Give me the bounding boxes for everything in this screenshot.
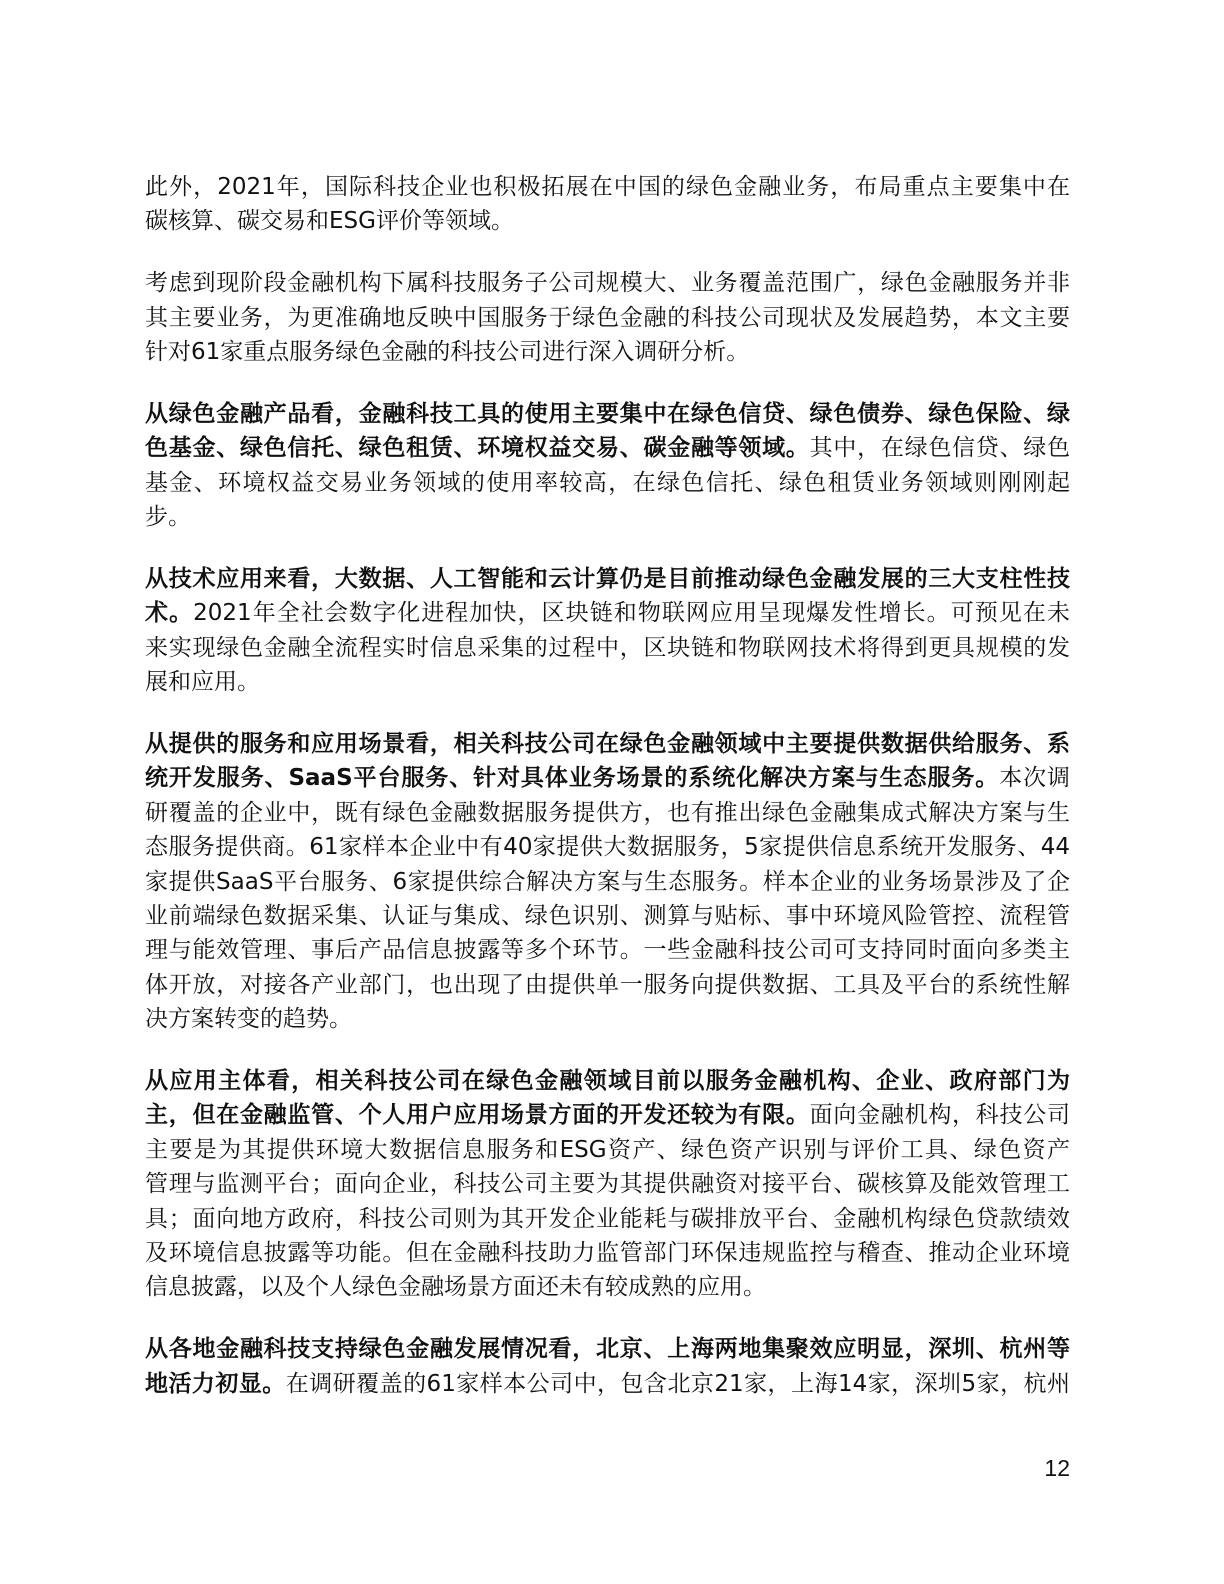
paragraph: 从提供的服务和应用场景看，相关科技公司在绿色金融领域中主要提供数据供给服务、系统… — [145, 727, 1070, 1037]
page-number: 12 — [1020, 1455, 1070, 1482]
body-text: 此外，2021年，国际科技企业也积极拓展在中国的绿色金融业务，布局重点主要集中在… — [145, 170, 1070, 1429]
bold-lead-text: 术。 — [145, 600, 193, 626]
text-line: 主，但在金融监管、个人用户应用场景方面的开发还较为有限。面向金融机构，科技公司 — [145, 1098, 1070, 1132]
body-text-segment: 态服务提供商。61家样本企业中有40家提供大数据服务，5家提供信息系统开发服务、… — [145, 834, 1070, 860]
paragraph: 从绿色金融产品看，金融科技工具的使用主要集中在绿色信贷、绿色债券、绿色保险、绿色… — [145, 397, 1070, 535]
body-text-segment: 理与能效管理、事后产品信息披露等多个环节。一些金融科技公司可支持同时面向多类主 — [145, 937, 1070, 963]
body-text-segment: 研覆盖的企业中，既有绿色金融数据服务提供方，也有推出绿色金融集成式解决方案与生 — [145, 800, 1070, 826]
body-text-segment: 本次调 — [999, 765, 1070, 791]
text-line: 基金、环境权益交易业务领域的使用率较高，在绿色信托、绿色租赁业务领域则刚刚起 — [145, 466, 1070, 500]
body-text-segment: 步。 — [145, 504, 191, 530]
text-line: 统开发服务、SaaS平台服务、针对具体业务场景的系统化解决方案与生态服务。本次调 — [145, 761, 1070, 795]
body-text-segment: 来实现绿色金融全流程实时信息采集的过程中，区块链和物联网技术将得到更具规模的发 — [145, 635, 1070, 661]
body-text-segment: 体开放，对接各产业部门，也出现了由提供单一服务向提供数据、工具及平台的系统性解 — [145, 972, 1070, 998]
body-text-segment: 基金、环境权益交易业务领域的使用率较高，在绿色信托、绿色租赁业务领域则刚刚起 — [145, 470, 1070, 496]
text-line: 研覆盖的企业中，既有绿色金融数据服务提供方，也有推出绿色金融集成式解决方案与生 — [145, 796, 1070, 830]
text-line: 地活力初显。在调研覆盖的61家样本公司中，包含北京21家，上海14家，深圳5家，… — [145, 1367, 1070, 1401]
body-text-segment: 考虑到现阶段金融机构下属科技服务子公司规模大、业务覆盖范围广，绿色金融服务并非 — [145, 270, 1070, 296]
text-line: 及环境信息披露等功能。但在金融科技助力监管部门环保违规监控与稽查、推动企业环境 — [145, 1236, 1070, 1270]
text-line: 理与能效管理、事后产品信息披露等多个环节。一些金融科技公司可支持同时面向多类主 — [145, 933, 1070, 967]
paragraph: 从应用主体看，相关科技公司在绿色金融领域目前以服务金融机构、企业、政府部门为主，… — [145, 1064, 1070, 1305]
bold-lead-text: 从绿色金融产品看，金融科技工具的使用主要集中在绿色信贷、绿色债券、绿色保险、绿 — [145, 401, 1070, 427]
paragraph: 从各地金融科技支持绿色金融发展情况看，北京、上海两地集聚效应明显，深圳、杭州等地… — [145, 1332, 1070, 1401]
text-line: 来实现绿色金融全流程实时信息采集的过程中，区块链和物联网技术将得到更具规模的发 — [145, 631, 1070, 665]
body-text-segment: 2021年全社会数字化进程加快，区块链和物联网应用呈现爆发性增长。可预见在未 — [193, 600, 1070, 626]
text-line: 术。2021年全社会数字化进程加快，区块链和物联网应用呈现爆发性增长。可预见在未 — [145, 596, 1070, 630]
body-text-segment: 其中，在绿色信贷、绿色 — [810, 435, 1070, 461]
text-line: 体开放，对接各产业部门，也出现了由提供单一服务向提供数据、工具及平台的系统性解 — [145, 968, 1070, 1002]
body-text-segment: 在调研覆盖的61家样本公司中，包含北京21家，上海14家，深圳5家，杭州 — [286, 1371, 1070, 1397]
paragraph: 考虑到现阶段金融机构下属科技服务子公司规模大、业务覆盖范围广，绿色金融服务并非其… — [145, 266, 1070, 369]
bold-lead-text: 地活力初显。 — [145, 1371, 286, 1397]
text-line: 业前端绿色数据采集、认证与集成、绿色识别、测算与贴标、事中环境风险管控、流程管 — [145, 899, 1070, 933]
body-text-segment: 碳核算、碳交易和ESG评价等领域。 — [145, 208, 514, 234]
text-line: 从提供的服务和应用场景看，相关科技公司在绿色金融领域中主要提供数据供给服务、系 — [145, 727, 1070, 761]
bold-lead-text: 色基金、绿色信托、绿色租赁、环境权益交易、碳金融等领域。 — [145, 435, 810, 461]
text-line: 此外，2021年，国际科技企业也积极拓展在中国的绿色金融业务，布局重点主要集中在 — [145, 170, 1070, 204]
text-line: 其主要业务，为更准确地反映中国服务于绿色金融的科技公司现状及发展趋势，本文主要 — [145, 301, 1070, 335]
text-line: 决方案转变的趋势。 — [145, 1002, 1070, 1036]
bold-lead-text: 统开发服务、SaaS平台服务、针对具体业务场景的系统化解决方案与生态服务。 — [145, 765, 999, 791]
body-text-segment: 面向金融机构，科技公司 — [810, 1102, 1070, 1128]
body-text-segment: 其主要业务，为更准确地反映中国服务于绿色金融的科技公司现状及发展趋势，本文主要 — [145, 305, 1070, 331]
body-text-segment: 主要是为其提供环境大数据信息服务和ESG资产、绿色资产识别与评价工具、绿色资产 — [145, 1137, 1070, 1163]
body-text-segment: 家提供SaaS平台服务、6家提供综合解决方案与生态服务。样本企业的业务场景涉及了… — [145, 869, 1070, 895]
text-line: 家提供SaaS平台服务、6家提供综合解决方案与生态服务。样本企业的业务场景涉及了… — [145, 865, 1070, 899]
bold-lead-text: 主，但在金融监管、个人用户应用场景方面的开发还较为有限。 — [145, 1102, 810, 1128]
text-line: 从绿色金融产品看，金融科技工具的使用主要集中在绿色信贷、绿色债券、绿色保险、绿 — [145, 397, 1070, 431]
text-line: 管理与监测平台；面向企业，科技公司主要为其提供融资对接平台、碳核算及能效管理工 — [145, 1167, 1070, 1201]
text-line: 展和应用。 — [145, 665, 1070, 699]
text-line: 从技术应用来看，大数据、人工智能和云计算仍是目前推动绿色金融发展的三大支柱性技 — [145, 562, 1070, 596]
paragraph: 此外，2021年，国际科技企业也积极拓展在中国的绿色金融业务，布局重点主要集中在… — [145, 170, 1070, 239]
text-line: 针对61家重点服务绿色金融的科技公司进行深入调研分析。 — [145, 335, 1070, 369]
document-page: 此外，2021年，国际科技企业也积极拓展在中国的绿色金融业务，布局重点主要集中在… — [0, 0, 1224, 1584]
text-line: 态服务提供商。61家样本企业中有40家提供大数据服务，5家提供信息系统开发服务、… — [145, 830, 1070, 864]
body-text-segment: 决方案转变的趋势。 — [145, 1006, 352, 1032]
text-line: 从应用主体看，相关科技公司在绿色金融领域目前以服务金融机构、企业、政府部门为 — [145, 1064, 1070, 1098]
body-text-segment: 信息披露，以及个人绿色金融场景方面还未有较成熟的应用。 — [145, 1274, 766, 1300]
bold-lead-text: 从应用主体看，相关科技公司在绿色金融领域目前以服务金融机构、企业、政府部门为 — [145, 1068, 1070, 1094]
paragraph: 从技术应用来看，大数据、人工智能和云计算仍是目前推动绿色金融发展的三大支柱性技术… — [145, 562, 1070, 700]
bold-lead-text: 从提供的服务和应用场景看，相关科技公司在绿色金融领域中主要提供数据供给服务、系 — [145, 731, 1070, 757]
body-text-segment: 展和应用。 — [145, 669, 260, 695]
text-line: 考虑到现阶段金融机构下属科技服务子公司规模大、业务覆盖范围广，绿色金融服务并非 — [145, 266, 1070, 300]
bold-lead-text: 从各地金融科技支持绿色金融发展情况看，北京、上海两地集聚效应明显，深圳、杭州等 — [145, 1336, 1070, 1362]
body-text-segment: 管理与监测平台；面向企业，科技公司主要为其提供融资对接平台、碳核算及能效管理工 — [145, 1171, 1070, 1197]
text-line: 从各地金融科技支持绿色金融发展情况看，北京、上海两地集聚效应明显，深圳、杭州等 — [145, 1332, 1070, 1366]
text-line: 步。 — [145, 500, 1070, 534]
body-text-segment: 针对61家重点服务绿色金融的科技公司进行深入调研分析。 — [145, 339, 749, 365]
text-line: 色基金、绿色信托、绿色租赁、环境权益交易、碳金融等领域。其中，在绿色信贷、绿色 — [145, 431, 1070, 465]
bold-lead-text: 从技术应用来看，大数据、人工智能和云计算仍是目前推动绿色金融发展的三大支柱性技 — [145, 566, 1070, 592]
body-text-segment: 此外，2021年，国际科技企业也积极拓展在中国的绿色金融业务，布局重点主要集中在 — [145, 174, 1070, 200]
body-text-segment: 具；面向地方政府，科技公司则为其开发企业能耗与碳排放平台、金融机构绿色贷款绩效 — [145, 1206, 1070, 1232]
body-text-segment: 及环境信息披露等功能。但在金融科技助力监管部门环保违规监控与稽查、推动企业环境 — [145, 1240, 1070, 1266]
text-line: 主要是为其提供环境大数据信息服务和ESG资产、绿色资产识别与评价工具、绿色资产 — [145, 1133, 1070, 1167]
text-line: 碳核算、碳交易和ESG评价等领域。 — [145, 204, 1070, 238]
text-line: 信息披露，以及个人绿色金融场景方面还未有较成熟的应用。 — [145, 1270, 1070, 1304]
body-text-segment: 业前端绿色数据采集、认证与集成、绿色识别、测算与贴标、事中环境风险管控、流程管 — [145, 903, 1070, 929]
text-line: 具；面向地方政府，科技公司则为其开发企业能耗与碳排放平台、金融机构绿色贷款绩效 — [145, 1202, 1070, 1236]
